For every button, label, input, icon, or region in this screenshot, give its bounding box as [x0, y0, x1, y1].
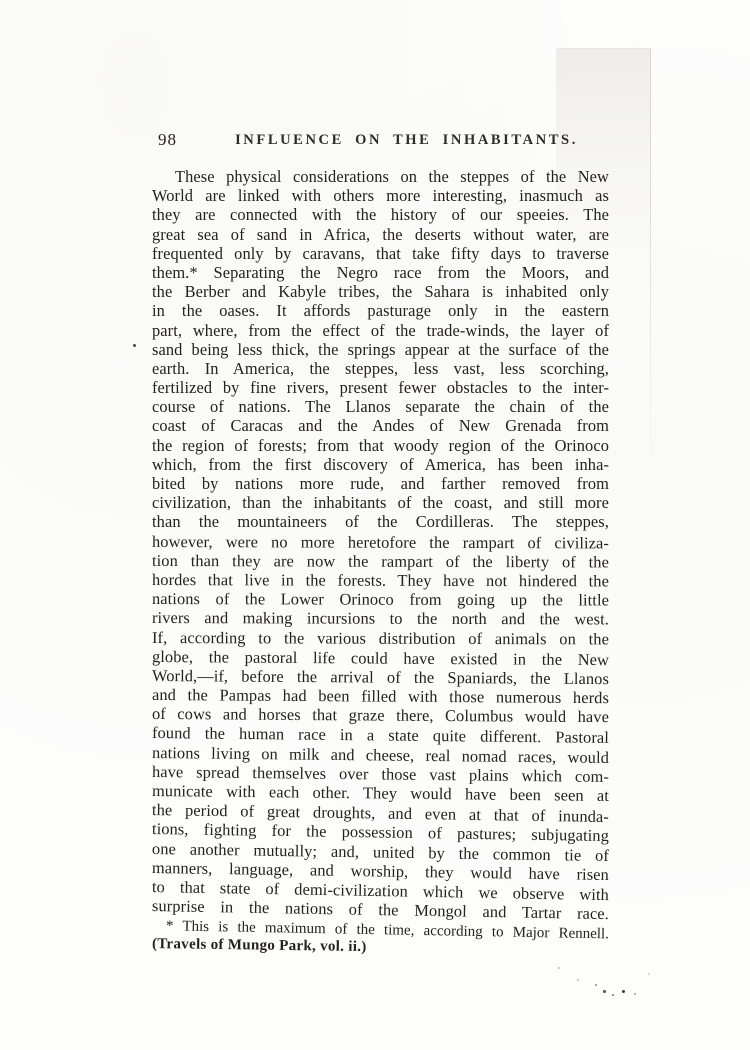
text-line: which, from the first discovery of Ameri… [152, 455, 609, 474]
text-line: civilization, than the inhabitants of th… [152, 493, 609, 512]
text-line: part, where, from the effect of the trad… [152, 321, 609, 340]
scanned-book-page: 98 INFLUENCE ON THE INHABITANTS. These p… [0, 0, 750, 1050]
page-number: 98 [158, 130, 177, 150]
scan-speckle [133, 344, 136, 347]
scan-speckle [648, 973, 650, 975]
text-line: nations of the Lower Orinoco from going … [152, 589, 609, 610]
text-line: hordes that live in the forests. They ha… [152, 570, 609, 591]
text-line: coast of Caracas and the Andes of New Gr… [152, 416, 609, 435]
text-line: they are connected with the history of o… [152, 205, 609, 224]
scan-speckle [595, 984, 597, 986]
scan-speckle [577, 979, 579, 981]
text-line: however, were no more heretofore the ram… [152, 532, 609, 553]
scan-speckle [558, 967, 560, 969]
scan-speckle [612, 994, 614, 996]
text-line: the region of forests; from that woody r… [152, 436, 609, 455]
scan-page-edge-line [650, 283, 651, 483]
text-line: If, according to the various distributio… [152, 628, 609, 649]
footnote: * This is the maximum of the time, accor… [152, 917, 609, 953]
text-line: bited by nations more rude, and farther … [152, 474, 609, 493]
text-line: tion than they are now the rampart of th… [152, 551, 609, 572]
text-line: great sea of sand in Africa, the deserts… [152, 225, 609, 244]
text-line: frequented only by caravans, that take f… [152, 244, 609, 263]
text-line: fertilized by fine rivers, present fewer… [152, 378, 609, 397]
text-line: rivers and making incursions to the nort… [152, 608, 609, 629]
text-line: World are linked with others more intere… [152, 186, 609, 205]
text-line: than the mountaineers of the Cordilleras… [152, 512, 609, 531]
text-line: These physical considerations on the ste… [152, 167, 609, 186]
body-paragraph: These physical considerations on the ste… [152, 167, 609, 915]
scan-speckle [622, 990, 625, 993]
text-line: the Berber and Kabyle tribes, the Sahara… [152, 282, 609, 301]
text-line: course of nations. The Llanos separate t… [152, 397, 609, 416]
page-header: 98 INFLUENCE ON THE INHABITANTS. [152, 130, 609, 152]
text-line: them.* Separating the Negro race from th… [152, 263, 609, 282]
text-line: sand being less thick, the springs appea… [152, 340, 609, 359]
scan-speckle [603, 990, 606, 993]
running-header: INFLUENCE ON THE INHABITANTS. [178, 132, 635, 149]
scan-speckle [634, 993, 636, 995]
text-line: earth. In America, the steppes, less vas… [152, 359, 609, 378]
text-line: in the oases. It affords pasturage only … [152, 301, 609, 320]
